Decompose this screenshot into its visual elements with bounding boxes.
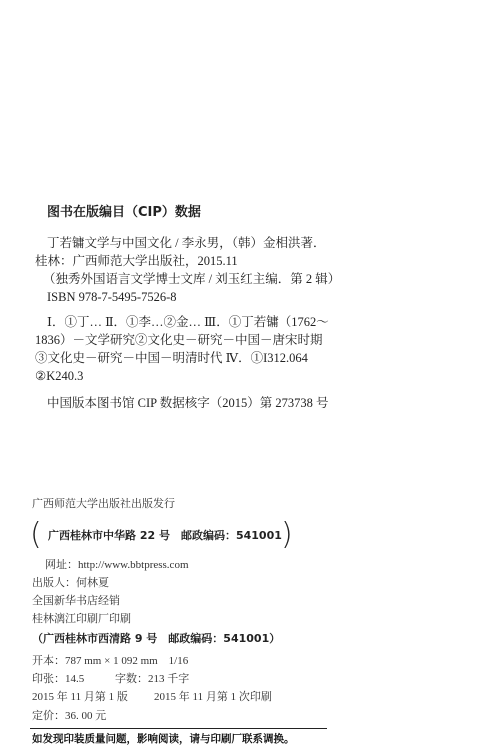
- cip-classification-line4: ②K240.3: [35, 370, 83, 383]
- divider-rule: [30, 728, 327, 729]
- printer-line: 桂林漓江印刷厂印刷: [32, 614, 131, 625]
- cip-title-entry-line2: 桂林：广西师范大学出版社，2015.11: [35, 255, 238, 268]
- address-paren-open: (: [30, 520, 42, 550]
- printer-address: （广西桂林市西清路 9 号 邮政编码：541001）: [32, 633, 280, 644]
- website-line: 网址：http://www.bbtpress.com: [45, 560, 189, 571]
- format-line: 开本：787 mm × 1 092 mm 1/16: [32, 656, 188, 667]
- cip-title-entry-line1: 丁若镛文学与中国文化 / 李永男，（韩）金相洪著．: [47, 237, 325, 250]
- price-line: 定价：36. 00 元: [32, 711, 106, 722]
- publisher-line: 广西师范大学出版社出版发行: [32, 499, 175, 510]
- cip-number: 中国版本图书馆 CIP 数据核字（2015）第 273738 号: [47, 397, 329, 410]
- address-paren-close: ): [281, 520, 293, 550]
- cip-classification-line3: ③文化史－研究－中国－明清时代 Ⅳ．①I312.064: [35, 352, 308, 365]
- publisher-address: 广西桂林市中华路 22 号 邮政编码：541001: [48, 530, 282, 541]
- cip-classification-line2: 1836）－文学研究②文化史－研究－中国－唐宋时期: [35, 334, 323, 347]
- sheets-line: 印张：14.5: [32, 674, 84, 685]
- printing-line: 2015 年 11 月第 1 次印刷: [154, 692, 272, 703]
- edition-line: 2015 年 11 月第 1 版: [32, 692, 128, 703]
- cip-heading: 图书在版编目（CIP）数据: [47, 206, 201, 219]
- quality-notice: 如发现印装质量问题，影响阅读，请与印刷厂联系调换。: [32, 734, 295, 745]
- word-count: 字数：213 千字: [115, 674, 189, 685]
- cip-series: （独秀外国语言文学博士文库 / 刘玉红主编．第 2 辑）: [43, 273, 340, 286]
- cip-isbn: ISBN 978-7-5495-7526-8: [47, 291, 177, 304]
- cip-classification-line1: Ⅰ．①丁… Ⅱ．①李…②金… Ⅲ．①丁若镛（1762～: [47, 316, 329, 329]
- publisher-person: 出版人：何林夏: [32, 578, 109, 589]
- distributor-line: 全国新华书店经销: [32, 596, 120, 607]
